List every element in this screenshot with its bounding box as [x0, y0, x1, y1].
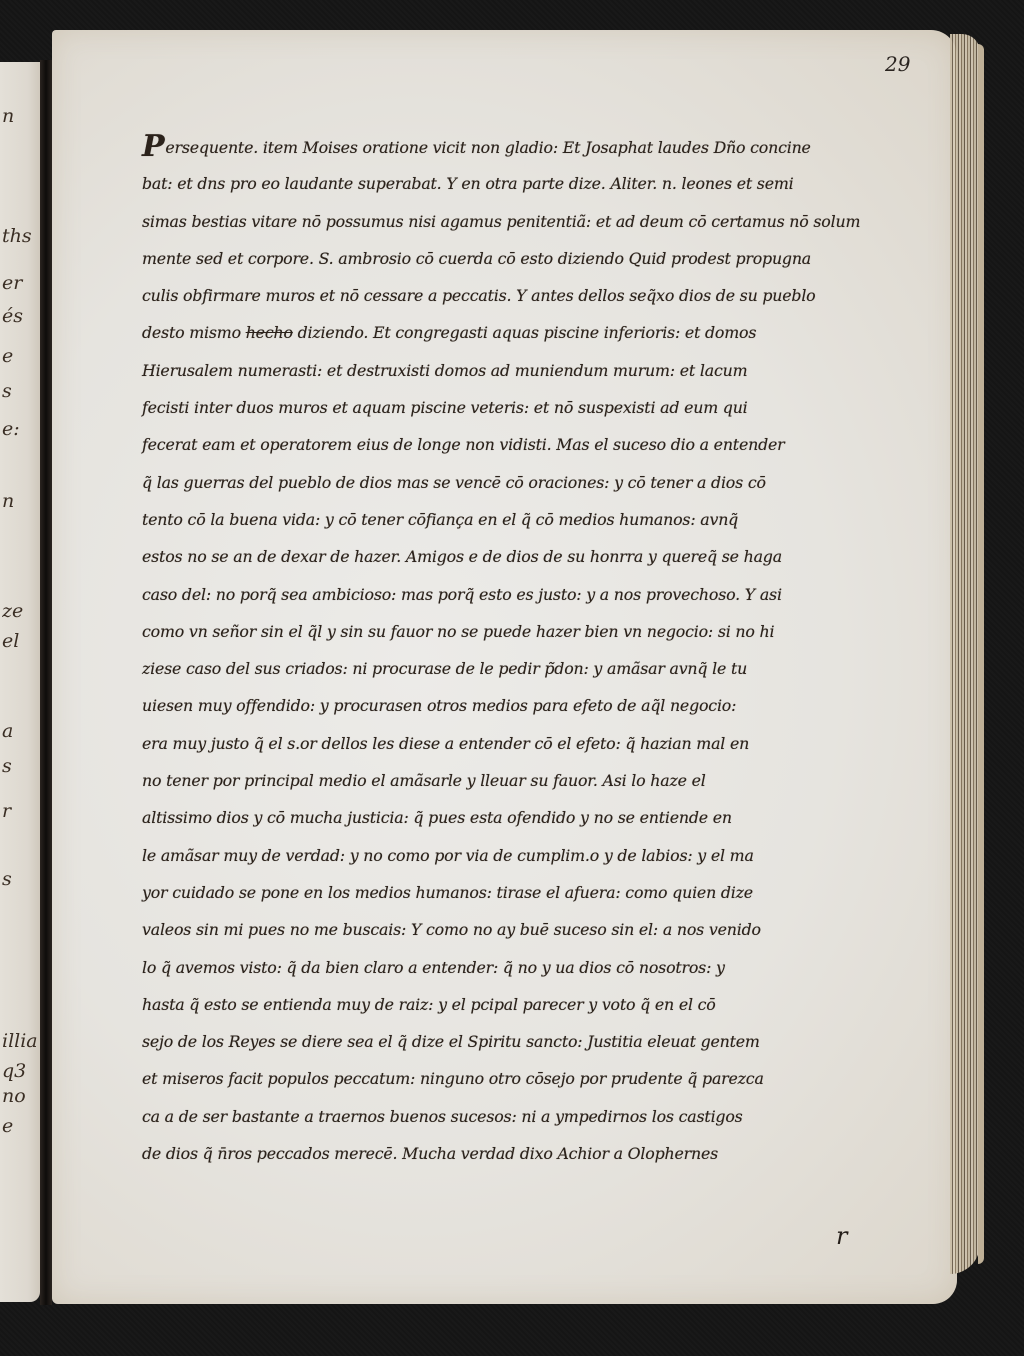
- left-page-text-fragment: e:: [2, 418, 38, 440]
- manuscript-line-text: culis obfirmare muros et nō cessare a pe…: [142, 286, 816, 305]
- manuscript-line: simas bestias vitare nō possumus nisi ag…: [142, 203, 942, 240]
- manuscript-line: de dios q̃ n̄ros peccados merecē. Mucha …: [142, 1135, 942, 1172]
- manuscript-line-text: et miseros facit populos peccatum: ningu…: [142, 1069, 764, 1088]
- left-page-text-fragment: és: [2, 305, 38, 327]
- manuscript-line-text: tento cō la buena vida: y cō tener cōfia…: [142, 510, 738, 529]
- left-page-text-fragment: ze: [2, 600, 38, 622]
- manuscript-line-text: estos no se an de dexar de hazer. Amigos…: [142, 547, 782, 566]
- left-page-text-fragment: n: [2, 490, 38, 512]
- manuscript-page: 29 Persequente. item Moises oratione vic…: [52, 30, 957, 1304]
- manuscript-line: ziese caso del sus criados: ni procurase…: [142, 650, 942, 687]
- manuscript-line-text: q̃ las guerras del pueblo de dios mas se…: [142, 473, 766, 492]
- manuscript-text: Persequente. item Moises oratione vicit …: [142, 128, 942, 1172]
- manuscript-line-text: era muy justo q̃ el s.or dellos les dies…: [142, 734, 749, 753]
- manuscript-line: Persequente. item Moises oratione vicit …: [142, 128, 942, 165]
- left-page-text-fragment: s: [2, 755, 38, 777]
- manuscript-line: lo q̃ avemos visto: q̃ da bien claro a e…: [142, 949, 942, 986]
- manuscript-line: no tener por principal medio el amãsarle…: [142, 762, 942, 799]
- left-page-text-fragment: e: [2, 345, 38, 367]
- manuscript-line: era muy justo q̃ el s.or dellos les dies…: [142, 725, 942, 762]
- manuscript-line: valeos sin mi pues no me buscais: Y como…: [142, 911, 942, 948]
- left-page-text-fragment: ths: [2, 225, 38, 247]
- manuscript-line: altissimo dios y cō mucha justicia: q̃ p…: [142, 799, 942, 836]
- manuscript-line-text: fecerat eam et operatorem eius de longe …: [142, 435, 785, 454]
- left-page-text-fragment: s: [2, 380, 38, 402]
- manuscript-line-text: simas bestias vitare nō possumus nisi ag…: [142, 212, 860, 231]
- manuscript-line: estos no se an de dexar de hazer. Amigos…: [142, 538, 942, 575]
- manuscript-line-text: sejo de los Reyes se diere sea el q̃ diz…: [142, 1032, 760, 1051]
- left-page-edge: nthserésese:nzeelasrsilliaq3noe: [0, 62, 40, 1302]
- manuscript-line-text: altissimo dios y cō mucha justicia: q̃ p…: [142, 808, 732, 827]
- manuscript-line: uiesen muy offendido: y procurasen otros…: [142, 687, 942, 724]
- manuscript-line: desto mismo hecho diziendo. Et congregas…: [142, 314, 942, 351]
- left-page-text-fragment: el: [2, 630, 38, 652]
- folio-number: 29: [885, 52, 910, 76]
- signature-mark: r: [836, 1222, 847, 1250]
- book-gutter: [40, 60, 52, 1305]
- stacked-page-edges: [950, 34, 980, 1274]
- manuscript-line-text: Hierusalem numerasti: et destruxisti dom…: [142, 361, 747, 380]
- left-page-text-fragment: a: [2, 720, 38, 742]
- manuscript-line: ca a de ser bastante a traernos buenos s…: [142, 1098, 942, 1135]
- manuscript-line-text: desto mismo hecho diziendo. Et congregas…: [142, 323, 756, 342]
- manuscript-line: fecerat eam et operatorem eius de longe …: [142, 426, 942, 463]
- manuscript-line-text: ersequente. item Moises oratione vicit n…: [165, 138, 810, 157]
- left-page-text-fragment: r: [2, 800, 38, 822]
- left-page-text-fragment: q3: [2, 1060, 38, 1082]
- left-page-text-fragment: er: [2, 272, 38, 294]
- manuscript-line: como vn señor sin el q̃l y sin su fauor …: [142, 613, 942, 650]
- left-page-text-fragment: s: [2, 868, 38, 890]
- left-page-text-fragment: n: [2, 105, 38, 127]
- left-page-text-fragment: illia: [2, 1030, 38, 1052]
- manuscript-line-text: fecisti inter duos muros et aquam piscin…: [142, 398, 748, 417]
- manuscript-line-text: como vn señor sin el q̃l y sin su fauor …: [142, 622, 774, 641]
- manuscript-line: yor cuidado se pone en los medios humano…: [142, 874, 942, 911]
- manuscript-line: fecisti inter duos muros et aquam piscin…: [142, 389, 942, 426]
- manuscript-line-text: yor cuidado se pone en los medios humano…: [142, 883, 753, 902]
- manuscript-line-text: de dios q̃ n̄ros peccados merecē. Mucha …: [142, 1144, 718, 1163]
- manuscript-line: tento cō la buena vida: y cō tener cōfia…: [142, 501, 942, 538]
- manuscript-line-text: uiesen muy offendido: y procurasen otros…: [142, 696, 736, 715]
- manuscript-line-text: no tener por principal medio el amãsarle…: [142, 771, 706, 790]
- manuscript-line-text: mente sed et corpore. S. ambrosio cō cue…: [142, 249, 811, 268]
- manuscript-line-text: lo q̃ avemos visto: q̃ da bien claro a e…: [142, 958, 725, 977]
- manuscript-line-text: valeos sin mi pues no me buscais: Y como…: [142, 920, 761, 939]
- manuscript-line: q̃ las guerras del pueblo de dios mas se…: [142, 464, 942, 501]
- manuscript-line-text: hasta q̃ esto se entienda muy de raiz: y…: [142, 995, 716, 1014]
- manuscript-line-text: ca a de ser bastante a traernos buenos s…: [142, 1107, 743, 1126]
- manuscript-line: mente sed et corpore. S. ambrosio cō cue…: [142, 240, 942, 277]
- manuscript-line: le amãsar muy de verdad: y no como por v…: [142, 837, 942, 874]
- left-page-text-fragment: e: [2, 1115, 38, 1137]
- manuscript-line: sejo de los Reyes se diere sea el q̃ diz…: [142, 1023, 942, 1060]
- manuscript-line: hasta q̃ esto se entienda muy de raiz: y…: [142, 986, 942, 1023]
- manuscript-line-text: caso del: no porq̃ sea ambicioso: mas po…: [142, 585, 782, 604]
- left-page-text-fragment: no: [2, 1085, 38, 1107]
- manuscript-line-text: ziese caso del sus criados: ni procurase…: [142, 659, 747, 678]
- manuscript-line-text: bat: et dns pro eo laudante superabat. Y…: [142, 174, 794, 193]
- manuscript-line: caso del: no porq̃ sea ambicioso: mas po…: [142, 576, 942, 613]
- decorated-initial: P: [142, 129, 164, 164]
- manuscript-line: culis obfirmare muros et nō cessare a pe…: [142, 277, 942, 314]
- manuscript-line-text: le amãsar muy de verdad: y no como por v…: [142, 846, 754, 865]
- manuscript-line: Hierusalem numerasti: et destruxisti dom…: [142, 352, 942, 389]
- manuscript-line: et miseros facit populos peccatum: ningu…: [142, 1060, 942, 1097]
- manuscript-line: bat: et dns pro eo laudante superabat. Y…: [142, 165, 942, 202]
- struck-through-word: hecho: [246, 323, 293, 342]
